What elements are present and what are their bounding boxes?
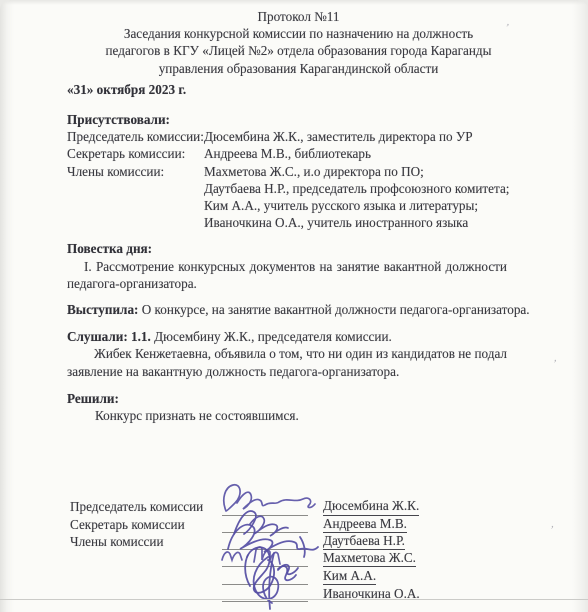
signature-row: Ким А.А. (70, 567, 588, 584)
attendee-person: Иваночкина О.А., учитель иностранного яз… (204, 214, 468, 231)
agenda-item-line-1: I. Рассмотрение конкурсных документов на… (67, 258, 507, 275)
signature-role: Секретарь комиссии (70, 516, 222, 533)
signatures-section: Председатель комиссии Дюсембина Ж.К. Сек… (70, 498, 588, 602)
signature-row: Председатель комиссии Дюсембина Ж.К. (70, 498, 588, 515)
signatory-name: Андреева М.В. (323, 515, 407, 533)
attendee-role: Члены комиссии: (67, 163, 204, 180)
signature-role: Члены комиссии (70, 533, 222, 550)
signature-line (222, 516, 308, 533)
handwritten-signature-icon (216, 475, 320, 521)
heard-body-line-1: Жибек Кенжетаевна, объявила о том, что н… (67, 345, 507, 362)
attendee-role (67, 214, 204, 231)
spoke-label: Выступила: (67, 302, 138, 317)
signature-line (222, 585, 308, 602)
signature-row: Махметова Ж.С. (70, 550, 588, 567)
signature-row: Члены комиссии Даутбаева Н.Р. (70, 533, 588, 550)
document-date: «31» октября 2023 г. (67, 81, 588, 98)
signature-line (222, 550, 308, 567)
decided-section: Решили: Конкурс признать не состоявшимся… (67, 390, 507, 424)
attendee-person: Махметова Ж.С., и.о директора по ПО; (204, 163, 424, 180)
title-line-4: управления образования Карагандинской об… (67, 60, 530, 77)
signature-line (222, 498, 308, 515)
signatory-name: Дюсембина Ж.К. (323, 497, 419, 515)
heard-label: Слушали: 1.1. (67, 329, 151, 344)
heard-line: Слушали: 1.1. Дюсембину Ж.К., председате… (67, 328, 507, 345)
protocol-document: Протокол №11 Заседания конкурсной комисс… (0, 0, 588, 612)
heard-section: Слушали: 1.1. Дюсембину Ж.К., председате… (67, 328, 507, 380)
title-line-1: Протокол №11 (67, 8, 530, 25)
attendee-role: Секретарь комиссии: (67, 145, 204, 162)
attendee-role (67, 197, 204, 214)
document-title: Протокол №11 Заседания конкурсной комисс… (67, 8, 530, 77)
attendee-row: Даутбаева Н.Р., председатель профсоюзног… (67, 180, 507, 197)
decided-text: Конкурс признать не состоявшимся. (67, 407, 507, 424)
heard-body-line-2: заявление на вакантную должность педагог… (67, 363, 507, 380)
signature-line (222, 533, 308, 550)
signatory-name: Даутбаева Н.Р. (323, 532, 405, 550)
agenda-item-line-2: педагога-организатора. (67, 275, 507, 292)
attendees-section: Присутствовали: Председатель комиссии: Д… (67, 111, 507, 231)
attendee-row: Председатель комиссии: Дюсембина Ж.К., з… (67, 128, 507, 145)
signature-line (222, 567, 308, 584)
signatory-name: Иваночкина О.А. (323, 585, 420, 602)
spoke-text: О конкурсе, на занятие вакантной должнос… (138, 302, 529, 317)
attendee-person: Ким А.А., учитель русского языка и литер… (204, 197, 478, 214)
signatory-name: Ким А.А. (323, 567, 376, 585)
signature-row: Секретарь комиссии Андреева М.В. (70, 516, 588, 533)
attendee-person: Андреева М.В., библиотекарь (204, 145, 371, 162)
attendee-row: Ким А.А., учитель русского языка и литер… (67, 197, 507, 214)
attendee-row: Иваночкина О.А., учитель иностранного яз… (67, 214, 507, 231)
title-line-2: Заседания конкурсной комиссии по назначе… (67, 25, 530, 42)
signature-role: Председатель комиссии (70, 498, 222, 515)
attendee-row: Члены комиссии: Махметова Ж.С., и.о дире… (67, 163, 507, 180)
attendee-person: Дюсембина Ж.К., заместитель директора по… (204, 128, 473, 145)
title-line-3: педагогов в КГУ «Лицей №2» отдела образо… (67, 42, 530, 59)
agenda-section: Повестка дня: I. Рассмотрение конкурсных… (67, 240, 507, 292)
agenda-heading: Повестка дня: (67, 240, 507, 257)
attendee-role: Председатель комиссии: (67, 128, 204, 145)
signatory-name: Махметова Ж.С. (323, 549, 416, 567)
signature-row: Иваночкина О.А. (70, 585, 588, 602)
attendees-heading: Присутствовали: (67, 111, 507, 128)
attendee-role (67, 180, 204, 197)
heard-text: Дюсембину Ж.К., председателя комиссии. (151, 329, 392, 344)
spoke-line: Выступила: О конкурсе, на занятие вакант… (67, 301, 588, 318)
attendee-row: Секретарь комиссии: Андреева М.В., библи… (67, 145, 507, 162)
scanned-page: Протокол №11 Заседания конкурсной комисс… (0, 0, 588, 612)
decided-heading: Решили: (67, 390, 507, 407)
attendee-person: Даутбаева Н.Р., председатель профсоюзног… (204, 180, 509, 197)
